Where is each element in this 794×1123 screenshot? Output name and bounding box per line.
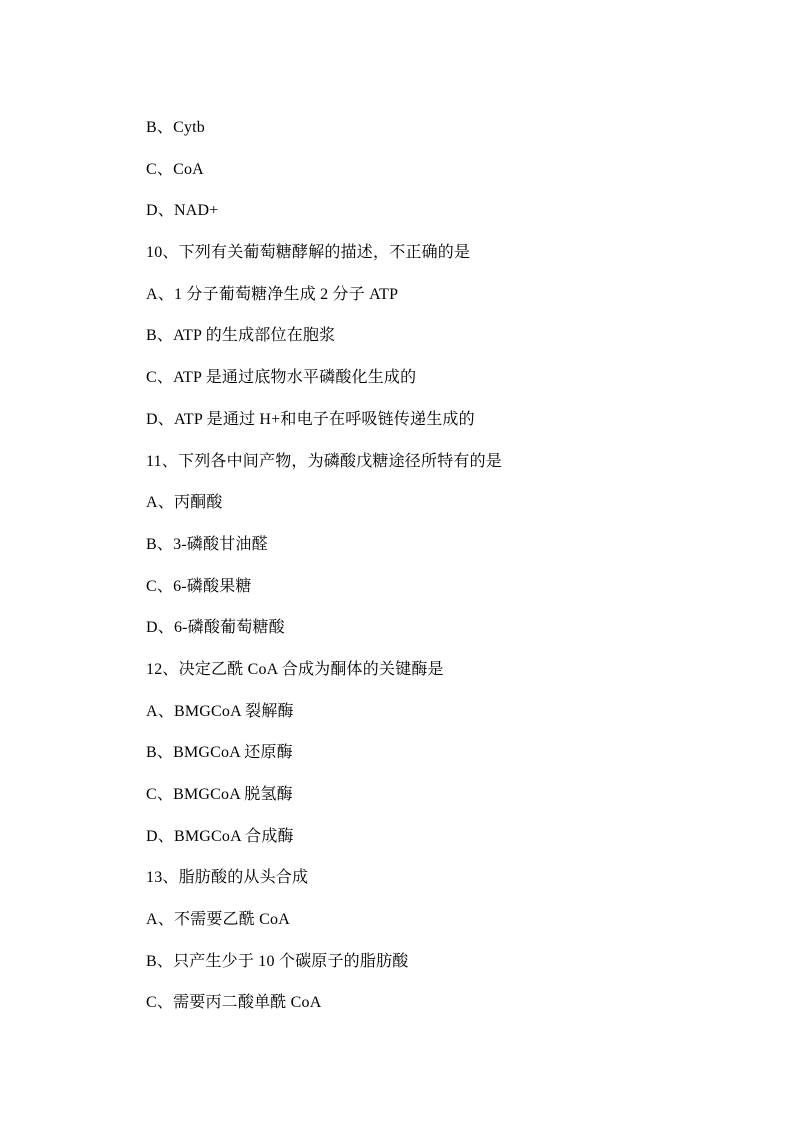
- exam-text-block: B、Cytb C、CoA D、NAD+ 10、下列有关葡萄糖酵解的描述，不正确的…: [146, 107, 764, 1024]
- answer-option: B、3-磷酸甘油醛: [146, 524, 764, 566]
- answer-option: B、BMGCoA 还原酶: [146, 732, 764, 774]
- answer-option: D、ATP 是通过 H+和电子在呼吸链传递生成的: [146, 399, 764, 441]
- answer-option: A、BMGCoA 裂解酶: [146, 691, 764, 733]
- question-stem: 13、脂肪酸的从头合成: [146, 857, 764, 899]
- answer-option: B、ATP 的生成部位在胞浆: [146, 315, 764, 357]
- answer-option: A、不需要乙酰 CoA: [146, 899, 764, 941]
- answer-option: A、丙酮酸: [146, 482, 764, 524]
- answer-option: B、只产生少于 10 个碳原子的脂肪酸: [146, 941, 764, 983]
- answer-option: B、Cytb: [146, 107, 764, 149]
- question-stem: 10、下列有关葡萄糖酵解的描述，不正确的是: [146, 232, 764, 274]
- question-stem: 12、决定乙酰 CoA 合成为酮体的关键酶是: [146, 649, 764, 691]
- answer-option: C、需要丙二酸单酰 CoA: [146, 982, 764, 1024]
- document-page: B、Cytb C、CoA D、NAD+ 10、下列有关葡萄糖酵解的描述，不正确的…: [0, 0, 794, 1123]
- answer-option: C、ATP 是通过底物水平磷酸化生成的: [146, 357, 764, 399]
- answer-option: A、1 分子葡萄糖净生成 2 分子 ATP: [146, 274, 764, 316]
- answer-option: D、NAD+: [146, 190, 764, 232]
- answer-option: C、BMGCoA 脱氢酶: [146, 774, 764, 816]
- answer-option: D、BMGCoA 合成酶: [146, 816, 764, 858]
- question-stem: 11、下列各中间产物，为磷酸戊糖途径所特有的是: [146, 441, 764, 483]
- answer-option: C、CoA: [146, 149, 764, 191]
- answer-option: D、6-磷酸葡萄糖酸: [146, 607, 764, 649]
- answer-option: C、6-磷酸果糖: [146, 566, 764, 608]
